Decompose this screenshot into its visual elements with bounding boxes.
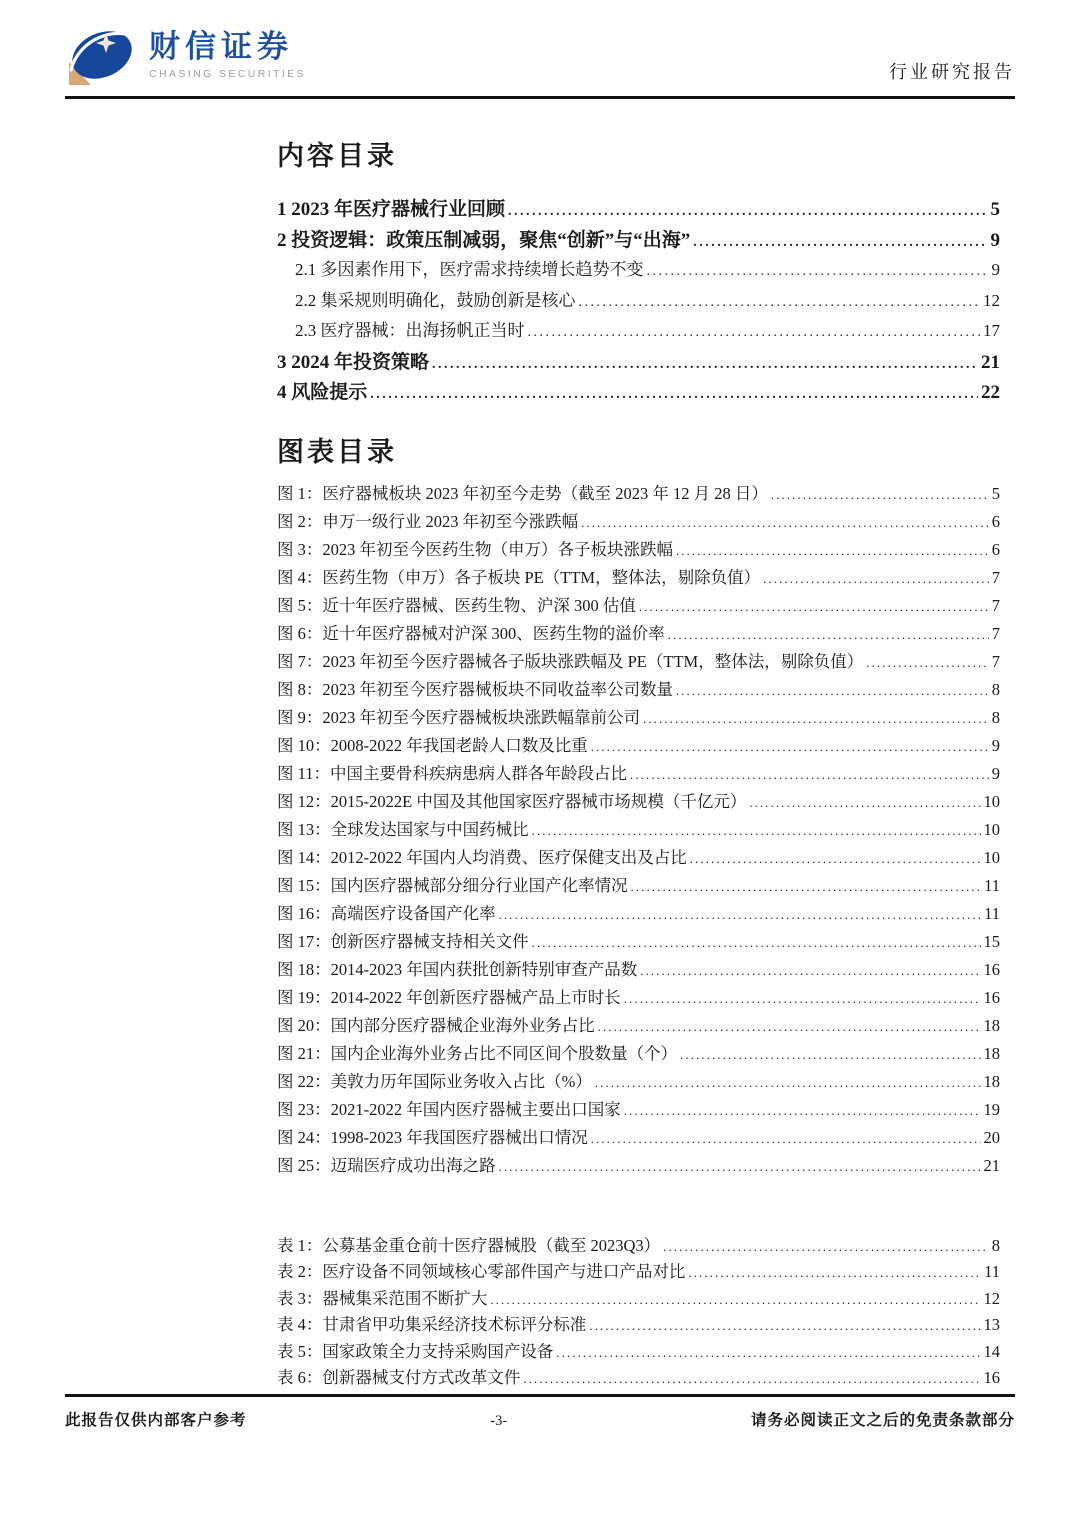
entry-label: 图 19：2014-2022 年创新医疗器械产品上市时长 — [277, 984, 621, 1008]
brand-text: 财信证券 CHASING SECURITIES — [149, 30, 306, 82]
figure-entry: 图 7：2023 年初至今医疗器械各子版块涨跌幅及 PE（TTM，整体法，剔除负… — [277, 648, 1000, 676]
dot-leader — [532, 932, 981, 952]
entry-label: 图 17：创新医疗器械支持相关文件 — [277, 928, 529, 952]
entry-label: 表 6：创新器械支付方式改革文件 — [277, 1364, 520, 1388]
dot-leader — [624, 988, 981, 1008]
dot-leader — [771, 484, 989, 504]
contents-title: 内容目录 — [277, 138, 1000, 174]
table-entry: 表 1：公募基金重仓前十医疗器械股（截至 2023Q3）8 — [277, 1232, 1000, 1259]
figure-entry: 图 1：医疗器械板块 2023 年初至今走势（截至 2023 年 12 月 28… — [277, 480, 1000, 508]
entry-page: 10 — [984, 848, 1001, 868]
dot-leader — [647, 260, 989, 280]
entry-page: 14 — [984, 1342, 1001, 1362]
entry-page: 8 — [992, 680, 1000, 700]
figure-entry: 图 20：国内部分医疗器械企业海外业务占比18 — [277, 1012, 1000, 1040]
figure-entry: 图 15：国内医疗器械部分细分行业国产化率情况11 — [277, 872, 1000, 900]
dot-leader — [749, 792, 980, 812]
entry-page: 15 — [984, 932, 1001, 952]
dot-leader — [528, 321, 981, 341]
entry-page: 11 — [984, 1262, 1000, 1282]
entry-label: 图 16：高端医疗设备国产化率 — [277, 900, 496, 924]
toc-entry: 2.1 多因素作用下，医疗需求持续增长趋势不变9 — [277, 255, 1000, 286]
dot-leader — [370, 382, 978, 404]
entry-label: 图 4：医药生物（申万）各子板块 PE（TTM，整体法，剔除负值） — [277, 564, 760, 588]
dot-leader — [763, 568, 989, 588]
figure-entry: 图 23：2021-2022 年国内医疗器械主要出口国家19 — [277, 1096, 1000, 1124]
entry-label: 图 20：国内部分医疗器械企业海外业务占比 — [277, 1012, 595, 1036]
dot-leader — [532, 820, 981, 840]
figure-entry: 图 6：近十年医疗器械对沪深 300、医药生物的溢价率7 — [277, 620, 1000, 648]
entry-label: 图 11：中国主要骨科疾病患病人群各年龄段占比 — [277, 760, 627, 784]
page-footer: 此报告仅供内部客户参考 -3- 请务必阅读正文之后的免责条款部分 — [65, 1408, 1015, 1430]
dot-leader — [598, 1016, 981, 1036]
entry-label: 图 1：医疗器械板块 2023 年初至今走势（截至 2023 年 12 月 28… — [277, 480, 768, 504]
footer-divider — [65, 1394, 1015, 1397]
figure-entry: 图 24：1998-2023 年我国医疗器械出口情况20 — [277, 1124, 1000, 1152]
entry-page: 9 — [992, 736, 1000, 756]
figure-entry: 图 16：高端医疗设备国产化率11 — [277, 900, 1000, 928]
toc-entry: 3 2024 年投资策略21 — [277, 347, 1000, 378]
entry-label: 4 风险提示 — [277, 377, 367, 404]
report-type-label: 行业研究报告 — [889, 58, 1015, 84]
dot-leader — [579, 291, 981, 311]
entry-label: 表 2：医疗设备不同领域核心零部件国产与进口产品对比 — [277, 1258, 685, 1282]
toc-entry: 2.3 医疗器械：出海扬帆正当时17 — [277, 316, 1000, 347]
entry-page: 18 — [984, 1016, 1001, 1036]
chasing-securities-logo-icon — [65, 24, 139, 93]
entry-label: 图 10：2008-2022 年我国老龄人口数及比重 — [277, 732, 588, 756]
entry-label: 图 9：2023 年初至今医疗器械板块涨跌幅靠前公司 — [277, 704, 640, 728]
footer-page-number: -3- — [490, 1413, 507, 1430]
toc-entry: 2.2 集采规则明确化，鼓励创新是核心12 — [277, 286, 1000, 317]
entry-label: 图 15：国内医疗器械部分细分行业国产化率情况 — [277, 872, 628, 896]
entry-label: 图 23：2021-2022 年国内医疗器械主要出口国家 — [277, 1096, 621, 1120]
dot-leader — [499, 904, 981, 924]
toc-content: 内容目录 1 2023 年医疗器械行业回顾52 投资逻辑：政策压制减弱，聚焦“创… — [277, 138, 1000, 1391]
toc-entry: 4 风险提示22 — [277, 377, 1000, 408]
entry-page: 22 — [981, 382, 1000, 404]
entry-label: 表 4：甘肃省甲功集采经济技术标评分标准 — [277, 1311, 586, 1335]
figure-entry: 图 13：全球发达国家与中国药械比10 — [277, 816, 1000, 844]
dot-leader — [624, 1100, 981, 1120]
brand-logo: 财信证券 CHASING SECURITIES — [65, 24, 306, 93]
figure-entry: 图 9：2023 年初至今医疗器械板块涨跌幅靠前公司8 — [277, 704, 1000, 732]
figure-entry: 图 14：2012-2022 年国内人均消费、医疗保健支出及占比10 — [277, 844, 1000, 872]
entry-page: 16 — [984, 1368, 1001, 1388]
entry-page: 20 — [984, 1128, 1001, 1148]
dot-leader — [589, 1315, 980, 1335]
entry-label: 图 12：2015-2022E 中国及其他国家医疗器械市场规模（千亿元） — [277, 788, 746, 812]
brand-name-cn: 财信证券 — [149, 30, 306, 64]
entry-label: 2.1 多因素作用下，医疗需求持续增长趋势不变 — [295, 255, 644, 280]
brand-name-en: CHASING SECURITIES — [149, 66, 306, 82]
dot-leader — [668, 624, 989, 644]
dot-leader — [643, 708, 989, 728]
entry-page: 17 — [983, 321, 1000, 341]
toc-entry: 1 2023 年医疗器械行业回顾5 — [277, 194, 1000, 225]
report-page: 财信证券 CHASING SECURITIES 行业研究报告 内容目录 1 20… — [0, 0, 1080, 1527]
entry-label: 图 3：2023 年初至今医药生物（申万）各子板块涨跌幅 — [277, 536, 673, 560]
entry-page: 12 — [983, 291, 1000, 311]
dot-leader — [866, 652, 989, 672]
dot-leader — [595, 1072, 981, 1092]
entry-label: 图 2：申万一级行业 2023 年初至今涨跌幅 — [277, 508, 578, 532]
entry-label: 图 7：2023 年初至今医疗器械各子版块涨跌幅及 PE（TTM，整体法，剔除负… — [277, 648, 863, 672]
figures-title: 图表目录 — [277, 434, 1000, 470]
page-header: 财信证券 CHASING SECURITIES 行业研究报告 — [65, 24, 1015, 93]
entry-label: 表 5：国家政策全力支持采购国产设备 — [277, 1338, 553, 1362]
dot-leader — [693, 230, 987, 252]
dot-leader — [490, 1289, 980, 1309]
entry-label: 图 18：2014-2023 年国内获批创新特别审查产品数 — [277, 956, 637, 980]
entry-page: 8 — [992, 1236, 1000, 1256]
entry-page: 10 — [984, 820, 1001, 840]
figure-entry: 图 2：申万一级行业 2023 年初至今涨跌幅6 — [277, 508, 1000, 536]
dot-leader — [432, 352, 978, 374]
entry-page: 5 — [992, 484, 1000, 504]
figure-entry: 图 5：近十年医疗器械、医药生物、沪深 300 估值7 — [277, 592, 1000, 620]
entry-label: 图 8：2023 年初至今医疗器械板块不同收益率公司数量 — [277, 676, 673, 700]
dot-leader — [690, 848, 981, 868]
dot-leader — [663, 1236, 989, 1256]
tables-list: 表 1：公募基金重仓前十医疗器械股（截至 2023Q3）8表 2：医疗设备不同领… — [277, 1232, 1000, 1391]
entry-page: 10 — [984, 792, 1001, 812]
figure-entry: 图 4：医药生物（申万）各子板块 PE（TTM，整体法，剔除负值）7 — [277, 564, 1000, 592]
footer-left-note: 此报告仅供内部客户参考 — [65, 1408, 247, 1430]
entry-page: 12 — [984, 1289, 1001, 1309]
figures-section: 图表目录 图 1：医疗器械板块 2023 年初至今走势（截至 2023 年 12… — [277, 434, 1000, 1391]
entry-label: 2.2 集采规则明确化，鼓励创新是核心 — [295, 286, 576, 311]
entry-label: 3 2024 年投资策略 — [277, 347, 429, 374]
table-entry: 表 6：创新器械支付方式改革文件16 — [277, 1364, 1000, 1391]
dot-leader — [508, 199, 987, 221]
entry-page: 7 — [992, 568, 1000, 588]
header-divider — [65, 96, 1015, 99]
entry-page: 18 — [984, 1044, 1001, 1064]
figure-entry: 图 12：2015-2022E 中国及其他国家医疗器械市场规模（千亿元）10 — [277, 788, 1000, 816]
entry-page: 13 — [984, 1315, 1001, 1335]
figure-entry: 图 11：中国主要骨科疾病患病人群各年龄段占比9 — [277, 760, 1000, 788]
entry-page: 21 — [981, 352, 1000, 374]
entry-label: 2.3 医疗器械：出海扬帆正当时 — [295, 316, 525, 341]
entry-page: 21 — [984, 1156, 1001, 1176]
toc-entry: 2 投资逻辑：政策压制减弱，聚焦“创新”与“出海”9 — [277, 225, 1000, 256]
table-entry: 表 2：医疗设备不同领域核心零部件国产与进口产品对比11 — [277, 1258, 1000, 1285]
entry-label: 图 22：美敦力历年国际业务收入占比（%） — [277, 1068, 592, 1092]
figure-entry: 图 22：美敦力历年国际业务收入占比（%）18 — [277, 1068, 1000, 1096]
dot-leader — [640, 960, 980, 980]
figure-entry: 图 3：2023 年初至今医药生物（申万）各子板块涨跌幅6 — [277, 536, 1000, 564]
entry-page: 16 — [984, 988, 1001, 1008]
dot-leader — [676, 540, 989, 560]
entry-page: 9 — [991, 230, 1001, 252]
entry-label: 图 21：国内企业海外业务占比不同区间个股数量（个） — [277, 1040, 677, 1064]
table-entry: 表 3：器械集采范围不断扩大12 — [277, 1285, 1000, 1312]
dot-leader — [556, 1342, 980, 1362]
table-entry: 表 4：甘肃省甲功集采经济技术标评分标准13 — [277, 1311, 1000, 1338]
table-entry: 表 5：国家政策全力支持采购国产设备14 — [277, 1338, 1000, 1365]
dot-leader — [680, 1044, 980, 1064]
entry-page: 8 — [992, 708, 1000, 728]
dot-leader — [631, 876, 981, 896]
entry-page: 6 — [992, 540, 1000, 560]
entry-page: 5 — [991, 199, 1001, 221]
figure-entry: 图 8：2023 年初至今医疗器械板块不同收益率公司数量8 — [277, 676, 1000, 704]
entry-label: 表 1：公募基金重仓前十医疗器械股（截至 2023Q3） — [277, 1232, 660, 1256]
entry-page: 9 — [992, 260, 1001, 280]
dot-leader — [639, 596, 989, 616]
entry-page: 7 — [992, 652, 1000, 672]
entry-label: 图 13：全球发达国家与中国药械比 — [277, 816, 529, 840]
entry-page: 19 — [984, 1100, 1001, 1120]
entry-label: 1 2023 年医疗器械行业回顾 — [277, 194, 505, 221]
entry-page: 6 — [992, 512, 1000, 532]
entry-page: 16 — [984, 960, 1001, 980]
dot-leader — [499, 1156, 981, 1176]
figure-entry: 图 25：迈瑞医疗成功出海之路21 — [277, 1152, 1000, 1180]
contents-list: 1 2023 年医疗器械行业回顾52 投资逻辑：政策压制减弱，聚焦“创新”与“出… — [277, 194, 1000, 408]
entry-label: 图 24：1998-2023 年我国医疗器械出口情况 — [277, 1124, 588, 1148]
entry-label: 图 6：近十年医疗器械对沪深 300、医药生物的溢价率 — [277, 620, 665, 644]
entry-label: 2 投资逻辑：政策压制减弱，聚焦“创新”与“出海” — [277, 225, 690, 252]
entry-page: 9 — [992, 764, 1000, 784]
figure-entry: 图 19：2014-2022 年创新医疗器械产品上市时长16 — [277, 984, 1000, 1012]
dot-leader — [630, 764, 989, 784]
figure-entry: 图 17：创新医疗器械支持相关文件15 — [277, 928, 1000, 956]
dot-leader — [676, 680, 989, 700]
figure-entry: 图 10：2008-2022 年我国老龄人口数及比重9 — [277, 732, 1000, 760]
entry-page: 11 — [984, 876, 1000, 896]
entry-page: 11 — [984, 904, 1000, 924]
entry-label: 图 25：迈瑞医疗成功出海之路 — [277, 1152, 496, 1176]
dot-leader — [688, 1262, 981, 1282]
entry-page: 7 — [992, 624, 1000, 644]
dot-leader — [523, 1368, 980, 1388]
dot-leader — [591, 1128, 981, 1148]
figure-entry: 图 21：国内企业海外业务占比不同区间个股数量（个）18 — [277, 1040, 1000, 1068]
entry-page: 7 — [992, 596, 1000, 616]
dot-leader — [591, 736, 989, 756]
entry-label: 图 14：2012-2022 年国内人均消费、医疗保健支出及占比 — [277, 844, 687, 868]
footer-right-note: 请务必阅读正文之后的免责条款部分 — [751, 1408, 1015, 1430]
entry-label: 图 5：近十年医疗器械、医药生物、沪深 300 估值 — [277, 592, 636, 616]
entry-label: 表 3：器械集采范围不断扩大 — [277, 1285, 487, 1309]
dot-leader — [581, 512, 989, 532]
figure-entry: 图 18：2014-2023 年国内获批创新特别审查产品数16 — [277, 956, 1000, 984]
figures-list: 图 1：医疗器械板块 2023 年初至今走势（截至 2023 年 12 月 28… — [277, 480, 1000, 1180]
entry-page: 18 — [984, 1072, 1001, 1092]
